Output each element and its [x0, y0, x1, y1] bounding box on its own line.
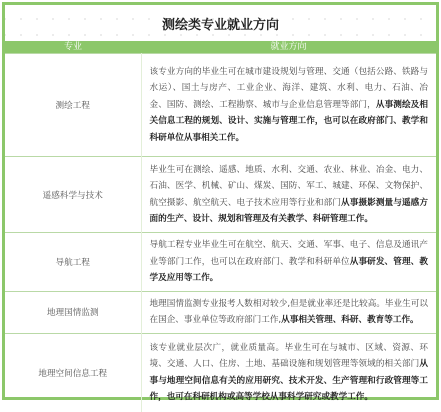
major-cell: 地理国情监测	[5, 291, 141, 333]
table-row: 遥感科学与技术 毕业生可在测绘、遥感、地质、水利、交通、农业、林业、冶金、电力、…	[5, 157, 436, 233]
table-header-row: 专业 就业方向	[5, 41, 436, 54]
direction-cell: 该专业方向的毕业生可在城市建设规划与管理、交通（包括公路、铁路与水运）、国土与房…	[141, 54, 436, 157]
table-row: 地理空间信息工程 该专业就业层次广，就业质量高。毕业生可在与城市、区域、资源、环…	[5, 333, 436, 400]
career-table-card: 测绘类专业就业方向 专业 就业方向 测绘工程 该专业方向的毕业生可在城市建设规划…	[2, 2, 439, 400]
major-cell: 测绘工程	[5, 54, 141, 157]
direction-cell: 该专业就业层次广，就业质量高。毕业生可在与城市、区域、资源、环境、交通、人口、住…	[141, 333, 436, 400]
header-direction: 就业方向	[141, 41, 436, 54]
career-table: 专业 就业方向 测绘工程 该专业方向的毕业生可在城市建设规划与管理、交通（包括公…	[5, 41, 436, 400]
header-major: 专业	[5, 41, 141, 54]
table-row: 测绘工程 该专业方向的毕业生可在城市建设规划与管理、交通（包括公路、铁路与水运）…	[5, 54, 436, 157]
table-row: 地理国情监测 地理国情监测专业报考人数相对较少,但是就业率还是比较高。毕业生可以…	[5, 291, 436, 333]
major-cell: 地理空间信息工程	[5, 333, 141, 400]
major-cell: 导航工程	[5, 233, 141, 292]
major-cell: 遥感科学与技术	[5, 157, 141, 233]
direction-cell: 毕业生可在测绘、遥感、地质、水利、交通、农业、林业、冶金、电力、石油、医学、机械…	[141, 157, 436, 233]
table-row: 导航工程 导航工程专业毕业生可在航空、航天、交通、军事、电子、信息及通讯产业等部…	[5, 233, 436, 292]
direction-cell: 地理国情监测专业报考人数相对较少,但是就业率还是比较高。毕业生可以在国企、事业单…	[141, 291, 436, 333]
direction-highlight: 从事相关管理、科研、教育等工作。	[281, 315, 419, 325]
direction-text: 该专业就业层次广，就业质量高。毕业生可在与城市、区域、资源、环境、交通、人口、住…	[150, 343, 429, 370]
direction-cell: 导航工程专业毕业生可在航空、航天、交通、军事、电子、信息及通讯产业等部门工作，也…	[141, 233, 436, 292]
table-title: 测绘类专业就业方向	[5, 5, 436, 41]
